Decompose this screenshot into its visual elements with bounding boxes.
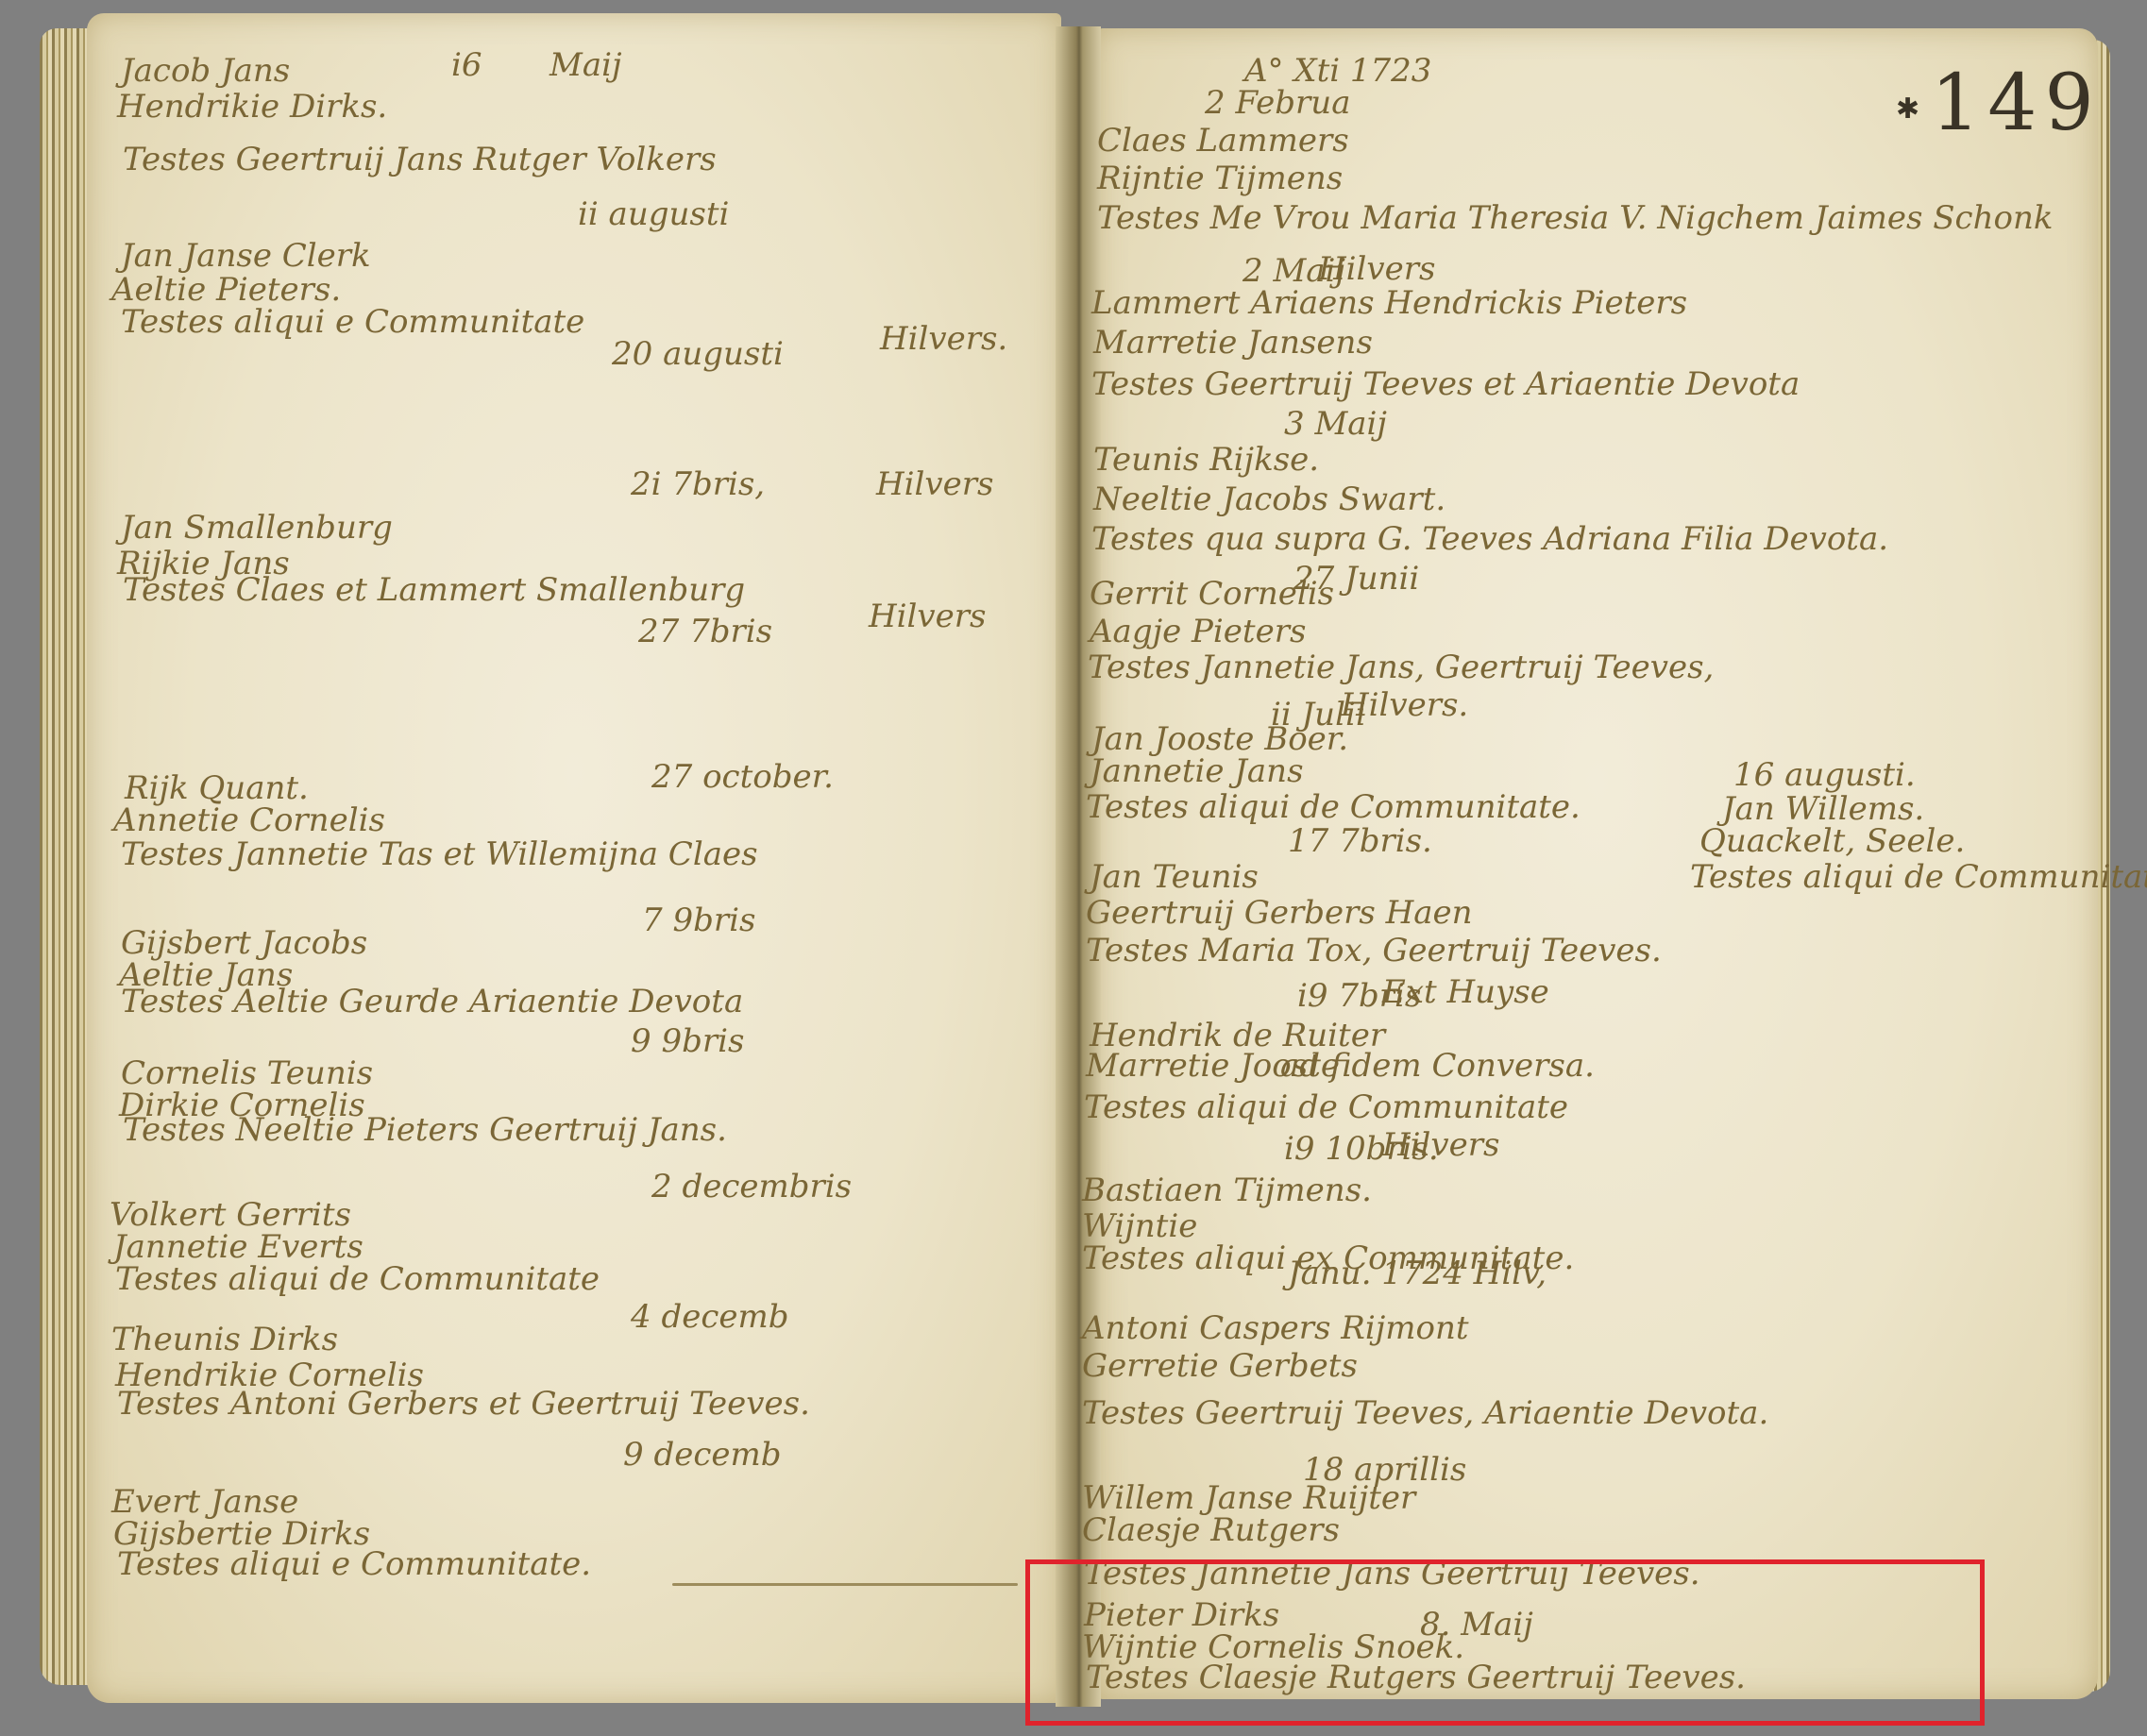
handwritten-line: Willem Janse Ruijter bbox=[1082, 1482, 1415, 1514]
handwritten-line: Testes aliqui e Communitate bbox=[121, 306, 584, 338]
handwritten-line: Jan Janse Clerk bbox=[121, 240, 371, 272]
handwritten-line: Aagje Pieters bbox=[1090, 615, 1306, 648]
handwritten-line: Theunis Dirks bbox=[111, 1323, 338, 1356]
handwritten-line: Volkert Gerrits bbox=[110, 1199, 351, 1231]
handwritten-line: Gijsbert Jacobs bbox=[121, 927, 367, 959]
handwritten-line: 27 october. bbox=[651, 761, 834, 793]
handwritten-line: Teunis Rijkse. bbox=[1093, 444, 1319, 476]
handwritten-line: 20 augusti bbox=[612, 338, 784, 370]
annotation-box bbox=[1025, 1559, 1985, 1726]
handwritten-line: Testes Geertruij Jans Rutger Volkers bbox=[123, 143, 717, 176]
handwritten-line: Testes aliqui de Communitate. bbox=[1690, 861, 2147, 893]
open-register-book: ✱149 Jacob Jansi6MaijHendrikie Dirks.Tes… bbox=[0, 0, 2147, 1736]
handwritten-line: Jannetie Everts bbox=[113, 1231, 363, 1263]
handwritten-line: Evert Janse bbox=[111, 1486, 298, 1518]
handwritten-line: Testes aliqui de Communitate bbox=[115, 1263, 600, 1295]
handwritten-line: 9 decemb bbox=[623, 1439, 782, 1471]
handwritten-line: Claes Lammers bbox=[1097, 125, 1349, 157]
handwritten-line: Lammert Ariaens Hendrickis Pieters bbox=[1091, 287, 1687, 319]
handwritten-line: Gerretie Gerbets bbox=[1082, 1350, 1358, 1382]
handwritten-line: Maij bbox=[549, 49, 622, 81]
handwritten-line: A° Xti 1723 bbox=[1244, 55, 1431, 87]
handwritten-line: Hilvers. bbox=[880, 323, 1007, 355]
handwritten-line: 2 decembris bbox=[651, 1171, 852, 1203]
handwritten-line: Testes Geertruij Teeves, Ariaentie Devot… bbox=[1082, 1397, 1768, 1429]
handwritten-line: Neeltie Jacobs Swart. bbox=[1093, 483, 1445, 515]
handwritten-line: Hilvers. bbox=[1341, 689, 1468, 721]
handwritten-line: Testes Maria Tox, Geertruij Teeves. bbox=[1086, 935, 1662, 967]
handwritten-line: 2 Februa bbox=[1205, 87, 1350, 119]
handwritten-line: Wijntie bbox=[1082, 1210, 1197, 1242]
handwritten-line: 2i 7bris, bbox=[631, 468, 765, 500]
handwritten-line: Marretie Jansens bbox=[1093, 327, 1373, 359]
handwritten-line: Rijntie Tijmens bbox=[1097, 162, 1343, 194]
handwritten-line: 9 9bris bbox=[631, 1025, 744, 1057]
handwritten-line: Testes Antoni Gerbers et Geertruij Teeve… bbox=[117, 1388, 810, 1420]
end-rule bbox=[672, 1583, 1018, 1586]
handwritten-line: ii augusti bbox=[578, 198, 729, 230]
handwritten-line: Quackelt, Seele. bbox=[1699, 825, 1965, 857]
handwritten-line: Testes Jannetie Tas et Willemijna Claes bbox=[121, 838, 758, 870]
handwritten-line: Testes Claes et Lammert Smallenburg bbox=[123, 574, 745, 606]
handwritten-line: Ext Huyse bbox=[1382, 976, 1549, 1008]
handwritten-line: Gerrit Cornelis bbox=[1090, 578, 1334, 610]
handwritten-line: 17 7bris. bbox=[1288, 825, 1432, 857]
handwritten-line: Testes aliqui e Communitate. bbox=[117, 1548, 591, 1580]
handwritten-line: Jan Jooste Boer. bbox=[1091, 723, 1348, 755]
handwritten-line: Testes Neeltie Pieters Geertruij Jans. bbox=[123, 1114, 727, 1146]
handwritten-line: 4 decemb bbox=[631, 1301, 789, 1333]
page-number: ✱149 bbox=[1896, 59, 2102, 148]
handwritten-line: i6 bbox=[451, 49, 482, 81]
handwritten-line: Testes Geertruij Teeves et Ariaentie Dev… bbox=[1091, 368, 1800, 400]
handwritten-line: Bastiaen Tijmens. bbox=[1082, 1174, 1372, 1206]
handwritten-line: 3 Maij bbox=[1284, 408, 1387, 440]
handwritten-line: Hendrikie Dirks. bbox=[117, 91, 387, 123]
handwritten-line: Hilvers bbox=[1382, 1129, 1499, 1161]
asterisk-icon: ✱ bbox=[1896, 93, 1927, 126]
handwritten-line: Jannetie Jans bbox=[1090, 755, 1304, 787]
handwritten-line: Testes aliqui de Communitate. bbox=[1086, 791, 1581, 823]
handwritten-line: Jacob Jans bbox=[121, 55, 290, 87]
handwritten-line: Jan Willems. bbox=[1722, 793, 1924, 825]
handwritten-line: Antoni Caspers Rijmont bbox=[1082, 1312, 1469, 1344]
handwritten-line: 7 9bris bbox=[642, 904, 755, 936]
handwritten-line: 16 augusti. bbox=[1733, 759, 1916, 791]
handwritten-line: Testes Me Vrou Maria Theresia V. Nigchem… bbox=[1097, 202, 2053, 234]
handwritten-line: Marretie Jooste bbox=[1086, 1050, 1340, 1082]
handwritten-line: Testes qua supra G. Teeves Adriana Filia… bbox=[1091, 523, 1888, 555]
handwritten-line: Cornelis Teunis bbox=[121, 1057, 373, 1089]
handwritten-line: Jan Teunis bbox=[1090, 861, 1259, 893]
handwritten-line: 27 7bris bbox=[638, 615, 772, 648]
handwritten-line: Hilvers bbox=[1318, 253, 1435, 285]
handwritten-line: Hilvers bbox=[869, 600, 986, 632]
handwritten-line: Testes Jannetie Jans, Geertruij Teeves, bbox=[1088, 651, 1714, 683]
handwritten-line: Claesje Rutgers bbox=[1082, 1514, 1340, 1546]
handwritten-line: Aeltie Pieters. bbox=[111, 274, 341, 306]
handwritten-line: Testes aliqui de Communitate bbox=[1084, 1091, 1568, 1123]
handwritten-line: Geertruij Gerbers Haen bbox=[1086, 897, 1473, 929]
handwritten-line: Testes Aeltie Geurde Ariaentie Devota bbox=[121, 986, 743, 1018]
handwritten-line: Rijk Quant. bbox=[125, 772, 309, 804]
handwritten-line: Annetie Cornelis bbox=[113, 804, 385, 836]
handwritten-line: Hilvers bbox=[876, 468, 993, 500]
handwritten-line: Jan Smallenburg bbox=[121, 512, 393, 544]
handwritten-line: Janu. 1724 Hilv, bbox=[1288, 1257, 1547, 1289]
page-number-text: 149 bbox=[1931, 59, 2102, 148]
